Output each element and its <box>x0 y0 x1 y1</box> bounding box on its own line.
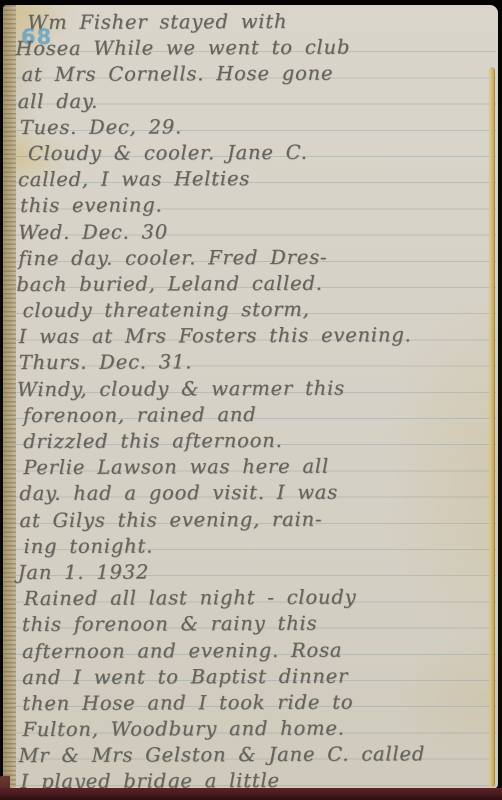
handwriting-line: called, I was Helties <box>16 165 496 193</box>
handwriting-line: Perlie Lawson was here all <box>17 453 497 481</box>
handwriting-line: Cloudy & cooler. Jane C. <box>16 139 496 167</box>
handwriting-line: this forenoon & rainy this <box>18 610 498 638</box>
handwriting-line: then Hose and I took ride to <box>18 689 498 717</box>
binding-edge <box>3 5 16 789</box>
handwriting-line: all day. <box>16 87 496 115</box>
handwriting-line: at Mrs Cornells. Hose gone <box>16 60 496 88</box>
handwriting-line: Tues. Dec, 29. <box>16 113 496 141</box>
handwriting-line: Mr & Mrs Gelston & Jane C. called <box>18 741 498 769</box>
handwriting-line: drizzled this afternoon. <box>17 427 497 455</box>
handwriting-line: I was at Mrs Fosters this evening. <box>17 322 497 350</box>
handwriting-line: Rained all last night - cloudy <box>18 584 498 612</box>
handwriting-line: afternoon and evening. Rosa <box>18 636 498 664</box>
handwriting-line: Windy, cloudy & warmer this <box>17 375 497 403</box>
handwriting-line: Hosea While we went to club <box>15 34 495 62</box>
diary-page: 68 Wm Fisher stayed withHosea While we w… <box>3 5 498 789</box>
cover-strip <box>0 788 502 800</box>
page-edge-right <box>488 67 495 787</box>
handwriting-line: Wm Fisher stayed with <box>15 8 495 36</box>
handwriting-line: Fulton, Woodbury and home. <box>18 715 498 743</box>
handwriting-line: ing tonight. <box>18 532 498 560</box>
handwriting-line: fine day. cooler. Fred Dres- <box>16 244 496 272</box>
handwriting-line: cloudy threatening storm, <box>17 296 497 324</box>
diary-photo: 68 Wm Fisher stayed withHosea While we w… <box>0 0 502 800</box>
handwriting-line: forenoon, rained and <box>17 401 497 429</box>
handwriting-line: Wed. Dec. 30 <box>16 217 496 245</box>
handwriting-line: at Gilys this evening, rain- <box>17 506 497 534</box>
handwriting-line: day. had a good visit. I was <box>17 479 497 507</box>
handwriting-line: and I went to Baptist dinner <box>18 663 498 691</box>
handwriting-line: Jan 1. 1932 <box>18 558 498 586</box>
handwriting-line: this evening. <box>16 191 496 219</box>
handwriting-line: Thurs. Dec. 31. <box>17 348 497 376</box>
handwriting-line: I played bridge a little <box>19 767 498 789</box>
handwriting-block: Wm Fisher stayed withHosea While we went… <box>15 8 498 789</box>
handwriting-line: bach buried, Leland called. <box>16 270 496 298</box>
